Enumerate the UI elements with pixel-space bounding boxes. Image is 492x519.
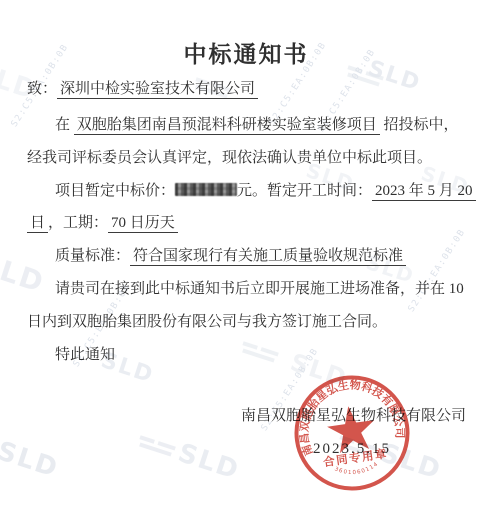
text-segment: 请贵司在接到此中标通知书后立即开展施工进场准备，并在 10 [55,281,464,297]
company-seal: 南昌双胞胎星弘生物科技有限公司 合同专用章 3601060114564 [283,364,421,502]
sld-watermark: SLD [0,438,62,482]
start-date-continuation: 日 [27,215,48,233]
price-and-date-line: 项目暂定中标价：元。暂定开工时间：2023 年 5 月 20 [55,181,476,201]
text-segment: ，工期： [48,215,108,231]
code-watermark: S2:C5:EA:0B:0B [407,228,467,314]
redacted-price-value [175,183,237,196]
sld-watermark: SLD [0,250,48,297]
text-segment: 在 [55,117,70,133]
addressee-line: 致：深圳中检实验室技术有限公司 [27,79,258,99]
instruction-line-2: 日内到双胞胎集团股份有限公司与我方签订施工合同。 [27,312,387,332]
closing-line: 特此通知 [55,345,115,365]
document-page: SLD SLD SLD SLD SLD SLD SLD SLD SLD SLD … [0,0,492,519]
project-line: 在 双胞胎集团南昌预混料科研楼实验室装修项目 招投标中， [55,115,459,135]
watermark-logo-mark [136,434,180,460]
quality-standard: 符合国家现行有关施工质量验收规范标准 [130,248,406,266]
quality-standard-line: 质量标准：符合国家现行有关施工质量验收规范标准 [55,246,406,266]
quality-label: 质量标准： [55,248,130,264]
text-segment: 招投标中， [384,117,459,133]
project-name: 双胞胎集团南昌预混料科研楼实验室装修项目 [74,117,380,135]
document-title: 中标通知书 [0,36,492,69]
start-date: 2023 年 5 月 20 [372,183,476,201]
watermark-logo-mark [239,340,283,366]
to-label: 致： [27,81,57,97]
sld-watermark: SLD [175,440,243,484]
instruction-line-1: 请贵司在接到此中标通知书后立即开展施工进场准备，并在 10 [55,279,464,299]
text-segment: 元。暂定开工时间： [237,183,372,199]
winning-bidder-company: 深圳中检实验室技术有限公司 [57,81,258,99]
seal-star-icon [325,403,378,454]
text-segment: 日内到双胞胎集团股份有限公司与我方签订施工合同。 [27,314,387,330]
price-label: 项目暂定中标价： [55,183,175,199]
text-segment: 特此通知 [55,347,115,363]
duration-line: 日，工期：70 日历天 [27,213,178,233]
text-segment: 经我司评标委员会认真评定，现依法确认贵单位中标此项目。 [27,150,432,166]
construction-duration: 70 日历天 [108,215,178,233]
confirmation-line: 经我司评标委员会认真评定，现依法确认贵单位中标此项目。 [27,148,432,168]
